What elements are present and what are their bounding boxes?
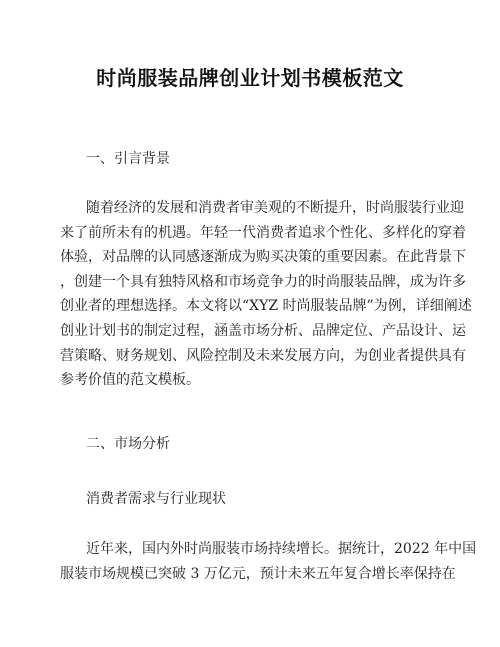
paragraph-line: 参考价值的范文模板。 [60,368,445,393]
paragraph-line: 创业者的理想选择。本文将以“XYZ 时尚服装品牌”为例，详细阐述 [60,294,445,319]
section-heading-market-analysis: 二、市场分析 [86,433,170,453]
section-heading-introduction: 一、引言背景 [86,148,170,168]
paragraph-line: 服装市场规模已突破 3 万亿元，预计未来五年复合增长率保持在 [60,562,445,587]
subsection-heading-consumer-demand: 消费者需求与行业现状 [86,488,226,508]
paragraph-line: 体验，对品牌的认同感逐渐成为购买决策的重要因素。在此背景下 [60,245,445,270]
paragraph-introduction: 随着经济的发展和消费者审美观的不断提升，时尚服装行业迎 来了前所未有的机遇。年轻… [60,196,445,393]
paragraph-line: 随着经济的发展和消费者审美观的不断提升，时尚服装行业迎 [60,196,445,221]
paragraph-line: 创业计划书的制定过程，涵盖市场分析、品牌定位、产品设计、运 [60,319,445,344]
paragraph-line: 营策略、财务规划、风险控制及未来发展方向，为创业者提供具有 [60,344,445,369]
paragraph-line: ，创建一个具有独特风格和市场竞争力的时尚服装品牌，成为许多 [60,270,445,295]
paragraph-line: 近年来，国内外时尚服装市场持续增长。据统计，2022 年中国 [60,537,445,562]
paragraph-line: 来了前所未有的机遇。年轻一代消费者追求个性化、多样化的穿着 [60,221,445,246]
document-title: 时尚服装品牌创业计划书模板范文 [0,62,500,91]
paragraph-market-analysis: 近年来，国内外时尚服装市场持续增长。据统计，2022 年中国 服装市场规模已突破… [60,537,445,586]
